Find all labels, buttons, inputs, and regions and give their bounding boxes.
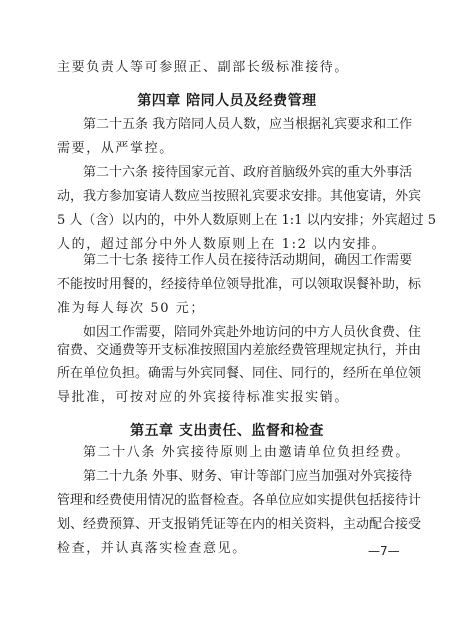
paragraph-line: 第二十六条 接待国家元首、政府首脑级外宾的重大外事活 [57, 165, 397, 181]
paragraph-line: 需要，从严掌控。 [57, 141, 397, 157]
paragraph-line: 主要负责人等可参照正、副部长级标准接待。 [57, 60, 397, 76]
paragraph-line: 第二十五条 我方陪同人员人数，应当根据礼宾要求和工作 [57, 117, 397, 133]
paragraph-line: 准为每人每次 50 元； [57, 301, 397, 317]
paragraph-line: 不能按时用餐的，经接待单位领导批准，可以领取误餐补助，标 [57, 277, 397, 293]
chapter-heading: 第五章 支出责任、监督和检查 [57, 422, 397, 440]
paragraph-line: 划、经费预算、开支报销凭证等在内的相关资料，主动配合接受 [57, 517, 397, 533]
paragraph-line: 第二十九条 外事、财务、审计等部门应当加强对外宾接待 [57, 469, 397, 485]
paragraph-line: 人的，超过部分中外人数原则上在 1:2 以内安排。 [57, 237, 397, 253]
paragraph-line: 第二十八条 外宾接待原则上由邀请单位负担经费。 [57, 445, 397, 461]
paragraph-line: 动，我方参加宴请人数应当按照礼宾要求安排。其他宴请，外宾 [57, 189, 397, 205]
page-number: —7— [368, 544, 400, 558]
paragraph-line: 如因工作需要，陪同外宾赴外地访问的中方人员伙食费、住 [57, 325, 397, 341]
paragraph-line: 导批准，可按对应的外宾接待标准实报实销。 [57, 390, 397, 406]
paragraph-line: 管理和经费使用情况的监督检查。各单位应如实提供包括接待计 [57, 493, 397, 509]
paragraph-line: 第二十七条 接待工作人员在接待活动期间，确因工作需要 [57, 253, 397, 269]
paragraph-line: 所在单位负担。确需与外宾同餐、同住、同行的，经所在单位领 [57, 366, 397, 382]
paragraph-line: 检查，并认真落实检查意见。 [57, 541, 397, 557]
paragraph-line: 宿费、交通费等开支标准按照国内差旅经费管理规定执行，并由 [57, 343, 397, 359]
chapter-heading: 第四章 陪同人员及经费管理 [57, 92, 397, 110]
paragraph-line: 5 人（含）以内的，中外人数原则上在 1:1 以内安排；外宾超过 5 [57, 213, 397, 229]
